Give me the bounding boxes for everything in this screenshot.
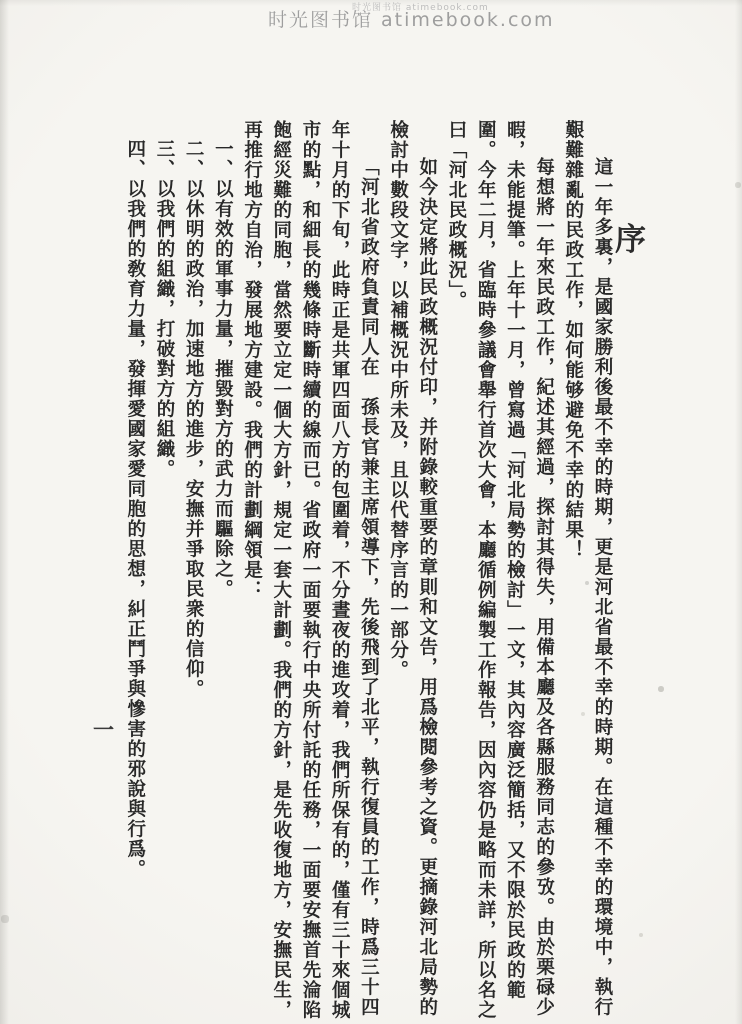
paragraph: 每想將一年來民政工作，紀述其經過，探討其得失，用備本廳及各縣服務同志的參攷。由於…	[442, 120, 559, 1022]
paragraph: 二、以休明的政治，加速地方的進步，安撫并爭取民衆的信仰。	[179, 120, 208, 1022]
preface-body: 這一年多裏，是國家勝利後最不幸的時期，更是河北省最不幸的時期。在這種不幸的環境中…	[120, 120, 617, 1022]
paragraph: 如今決定將此民政概況付印，并附錄較重要的章則和文告，用爲檢閱參考之資。更摘錄河北…	[383, 120, 441, 1022]
paragraph: 這一年多裏，是國家勝利後最不幸的時期，更是河北省最不幸的時期。在這種不幸的環境中…	[559, 120, 617, 1022]
watermark-text: 时光图书馆 atimebook.com	[268, 5, 555, 32]
paragraph: 一、以有效的軍事力量，摧毀對方的武力而驅除之。	[208, 120, 237, 1022]
paragraph: 三、以我們的組織，打破對方的組織。	[150, 120, 179, 1022]
scanned-book-page: 时光图书馆 atimebook.com 时光图书馆 atimebook.com …	[0, 0, 742, 1024]
page-number: 一	[93, 714, 114, 744]
scan-noise	[0, 0, 2, 2]
paragraph: 四、以我們的敎育力量，發揮愛國家愛同胞的思想，糾正鬥爭與慘害的邪說與行爲。	[121, 120, 150, 1022]
preface-title: 序	[615, 214, 646, 259]
paragraph: 「河北省政府負責同人在 孫長官兼主席領導下，先後飛到了北平，執行復員的工作，時爲…	[237, 120, 383, 1022]
